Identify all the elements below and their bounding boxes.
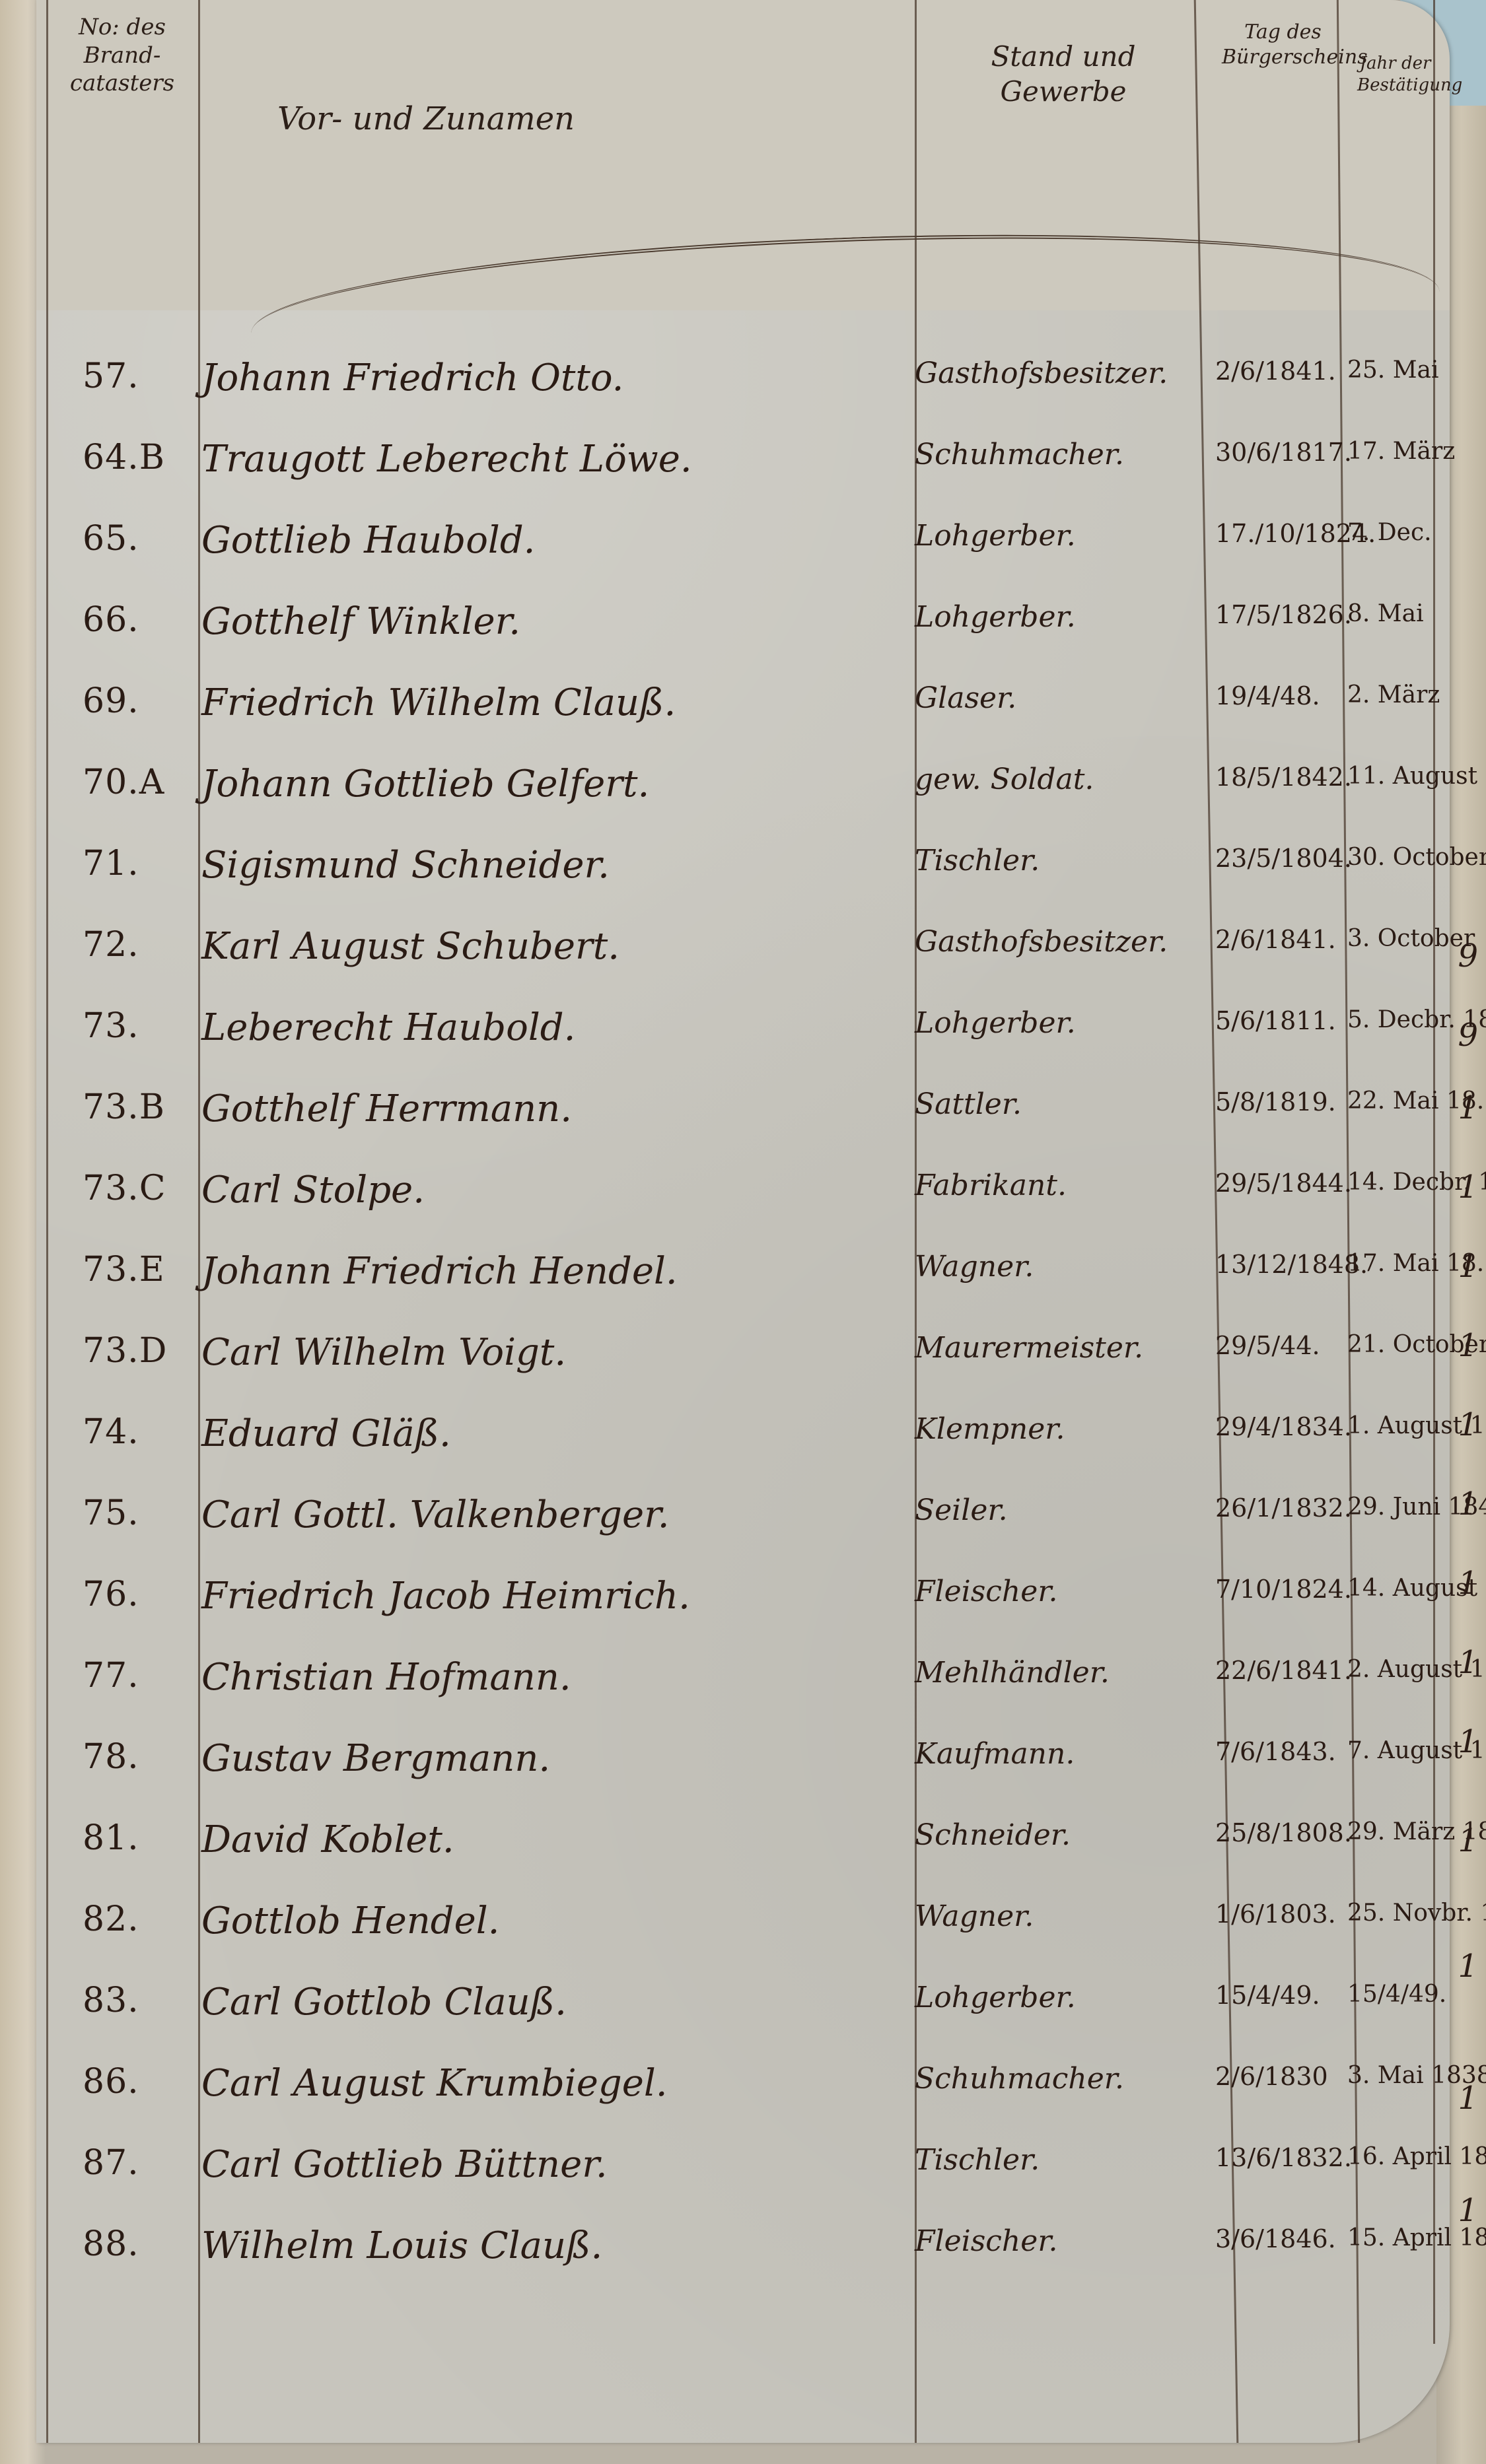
row-name: Carl Gottlieb Büttner. xyxy=(201,2143,608,2186)
row-name: Johann Friedrich Otto. xyxy=(201,357,623,399)
row-confirmation: 2. März xyxy=(1347,681,1440,708)
row-confirmation: 30. October xyxy=(1347,844,1486,871)
row-name: Carl August Krumbiegel. xyxy=(201,2062,668,2105)
row-number: 72. xyxy=(83,925,139,965)
row-name: Friedrich Wilhelm Clauß. xyxy=(201,681,676,724)
row-confirmation: 17. März xyxy=(1347,438,1455,465)
row-occupation: Gasthofsbesitzer. xyxy=(915,925,1168,959)
row-date: 13/12/1848. xyxy=(1215,1250,1368,1279)
row-date: 3/6/1846. xyxy=(1215,2224,1336,2253)
behind-page-mark: 9 xyxy=(1458,938,1478,975)
row-date: 29/4/1834. xyxy=(1215,1412,1352,1441)
row-occupation: Schuhmacher. xyxy=(915,438,1124,471)
table-row: 87. Carl Gottlieb Büttner. Tischler. 13/… xyxy=(0,2143,1486,2216)
row-date: 2/6/1830 xyxy=(1215,2062,1328,2091)
header-col-confirmation: Jahr der Bestätigung xyxy=(1357,53,1433,96)
row-occupation: Seiler. xyxy=(915,1493,1008,1527)
row-date: 23/5/1804. xyxy=(1215,844,1352,873)
row-occupation: Lohgerber. xyxy=(915,600,1076,634)
row-name: Gottlob Hendel. xyxy=(201,1899,499,1942)
behind-page-mark: 1 xyxy=(1458,1327,1478,1364)
table-row: 81. David Koblet. Schneider. 25/8/1808. … xyxy=(0,1818,1486,1891)
table-row: 83. Carl Gottlob Clauß. Lohgerber. 15/4/… xyxy=(0,1981,1486,2053)
row-name: Eduard Gläß. xyxy=(201,1412,451,1455)
table-row: 73. Leberecht Haubold. Lohgerber. 5/6/18… xyxy=(0,1006,1486,1079)
row-occupation: Gasthofsbesitzer. xyxy=(915,357,1168,390)
row-number: 81. xyxy=(83,1818,139,1858)
row-date: 25/8/1808. xyxy=(1215,1818,1352,1847)
row-name: Traugott Leberecht Löwe. xyxy=(201,438,692,481)
table-row: 69. Friedrich Wilhelm Clauß. Glaser. 19/… xyxy=(0,681,1486,754)
row-name: Gottlieb Haubold. xyxy=(201,519,535,562)
behind-page-mark: 1 xyxy=(1458,1486,1478,1523)
behind-page-mark: 9 xyxy=(1458,1017,1478,1054)
row-number: 83. xyxy=(83,1981,139,2020)
row-name: Wilhelm Louis Clauß. xyxy=(201,2224,602,2267)
row-name: Christian Hofmann. xyxy=(201,1656,571,1699)
table-row: 72. Karl August Schubert. Gasthofsbesitz… xyxy=(0,925,1486,998)
row-confirmation: 8. Mai xyxy=(1347,600,1424,627)
table-row: 73.E Johann Friedrich Hendel. Wagner. 13… xyxy=(0,1250,1486,1322)
table-row: 88. Wilhelm Louis Clauß. Fleischer. 3/6/… xyxy=(0,2224,1486,2297)
table-row: 73.D Carl Wilhelm Voigt. Maurermeister. … xyxy=(0,1331,1486,1404)
row-number: 69. xyxy=(83,681,139,721)
row-number: 70.A xyxy=(83,763,164,802)
table-row: 66. Gotthelf Winkler. Lohgerber. 17/5/18… xyxy=(0,600,1486,673)
row-number: 82. xyxy=(83,1899,139,1939)
row-name: David Koblet. xyxy=(201,1818,454,1861)
row-occupation: Fleischer. xyxy=(915,2224,1058,2258)
row-name: Carl Wilhelm Voigt. xyxy=(201,1331,566,1374)
row-date: 2/6/1841. xyxy=(1215,925,1336,954)
row-name: Sigismund Schneider. xyxy=(201,844,610,887)
row-date: 5/8/1819. xyxy=(1215,1087,1336,1116)
row-name: Leberecht Haubold. xyxy=(201,1006,575,1049)
row-occupation: Wagner. xyxy=(915,1899,1034,1933)
behind-page-mark: 1 xyxy=(1458,1644,1478,1681)
row-number: 65. xyxy=(83,519,139,559)
header-col-date: Tag des Bürgerscheins xyxy=(1222,20,1344,69)
row-occupation: Klempner. xyxy=(915,1412,1065,1446)
row-confirmation: 16. April 1832. xyxy=(1347,2143,1486,2170)
row-occupation: Mehlhändler. xyxy=(915,1656,1110,1690)
table-row: 65. Gottlieb Haubold. Lohgerber. 17./10/… xyxy=(0,519,1486,592)
behind-page-mark: 1 xyxy=(1458,1565,1478,1602)
row-occupation: Schneider. xyxy=(915,1818,1071,1852)
row-number: 77. xyxy=(83,1656,139,1695)
row-date: 30/6/1817. xyxy=(1215,438,1352,467)
row-confirmation: 3. October xyxy=(1347,925,1475,952)
row-name: Friedrich Jacob Heimrich. xyxy=(201,1575,690,1618)
row-date: 17/5/1826. xyxy=(1215,600,1352,629)
row-occupation: Schuhmacher. xyxy=(915,2062,1124,2096)
row-number: 57. xyxy=(83,357,139,396)
row-occupation: Lohgerber. xyxy=(915,519,1076,553)
row-confirmation: 7. Dec. xyxy=(1347,519,1432,546)
row-name: Carl Gottlob Clauß. xyxy=(201,1981,567,2024)
table-row: 86. Carl August Krumbiegel. Schuhmacher.… xyxy=(0,2062,1486,2135)
behind-page-mark: 1 xyxy=(1458,1169,1478,1206)
header-col-occupation: Stand und Gewerbe xyxy=(925,40,1202,109)
row-occupation: Fabrikant. xyxy=(915,1169,1067,1202)
table-row: 77. Christian Hofmann. Mehlhändler. 22/6… xyxy=(0,1656,1486,1728)
row-number: 73. xyxy=(83,1006,139,1046)
row-name: Gotthelf Winkler. xyxy=(201,600,520,643)
row-date: 2/6/1841. xyxy=(1215,357,1336,386)
table-row: 78. Gustav Bergmann. Kaufmann. 7/6/1843.… xyxy=(0,1737,1486,1810)
table-row: 75. Carl Gottl. Valkenberger. Seiler. 26… xyxy=(0,1493,1486,1566)
table-row: 71. Sigismund Schneider. Tischler. 23/5/… xyxy=(0,844,1486,916)
row-number: 78. xyxy=(83,1737,139,1777)
row-date: 18/5/1842. xyxy=(1215,763,1352,792)
row-occupation: Glaser. xyxy=(915,681,1016,715)
row-occupation: gew. Soldat. xyxy=(915,763,1094,796)
row-number: 73.B xyxy=(83,1087,165,1127)
table-row: 74. Eduard Gläß. Klempner. 29/4/1834. 1.… xyxy=(0,1412,1486,1485)
row-number: 74. xyxy=(83,1412,139,1452)
row-date: 22/6/1841. xyxy=(1215,1656,1352,1685)
row-date: 1/6/1803. xyxy=(1215,1899,1336,1929)
row-date: 15/4/49. xyxy=(1215,1981,1320,2010)
behind-page-mark: 1 xyxy=(1458,1822,1478,1859)
row-name: Johann Gottlieb Gelfert. xyxy=(201,763,649,805)
row-occupation: Lohgerber. xyxy=(915,1981,1076,2014)
header-col-name: Vor- und Zunamen xyxy=(277,99,740,139)
row-date: 19/4/48. xyxy=(1215,681,1320,710)
header-col-number: No: des Brand-catasters xyxy=(50,13,195,98)
row-occupation: Tischler. xyxy=(915,2143,1040,2177)
row-confirmation: 11. August xyxy=(1347,763,1477,790)
row-date: 5/6/1811. xyxy=(1215,1006,1336,1035)
behind-page-mark: 1 xyxy=(1458,1406,1478,1443)
row-date: 26/1/1832. xyxy=(1215,1493,1352,1523)
row-occupation: Wagner. xyxy=(915,1250,1034,1283)
behind-page-mark: 1 xyxy=(1458,1723,1478,1760)
row-occupation: Maurermeister. xyxy=(915,1331,1143,1365)
row-confirmation: 25. Novbr. 1801 xyxy=(1347,1899,1486,1927)
row-number: 88. xyxy=(83,2224,139,2264)
row-number: 75. xyxy=(83,1493,139,1533)
row-date: 13/6/1832. xyxy=(1215,2143,1352,2172)
row-date: 29/5/1844. xyxy=(1215,1169,1352,1198)
row-date: 7/10/1824. xyxy=(1215,1575,1352,1604)
row-name: Gustav Bergmann. xyxy=(201,1737,550,1780)
row-number: 64.B xyxy=(83,438,165,477)
row-number: 86. xyxy=(83,2062,139,2102)
table-row: 73.C Carl Stolpe. Fabrikant. 29/5/1844. … xyxy=(0,1169,1486,1241)
row-confirmation: 15/4/49. xyxy=(1347,1981,1446,2008)
table-row: 82. Gottlob Hendel. Wagner. 1/6/1803. 25… xyxy=(0,1899,1486,1972)
row-name: Karl August Schubert. xyxy=(201,925,619,968)
row-number: 73.C xyxy=(83,1169,166,1208)
row-name: Carl Gottl. Valkenberger. xyxy=(201,1493,670,1536)
row-number: 71. xyxy=(83,844,139,883)
row-number: 73.E xyxy=(83,1250,165,1289)
behind-page-mark: 1 xyxy=(1458,1089,1478,1126)
behind-page-mark: 1 xyxy=(1458,1248,1478,1285)
row-name: Johann Friedrich Hendel. xyxy=(201,1250,678,1293)
row-confirmation: 25. Mai xyxy=(1347,357,1439,384)
row-number: 76. xyxy=(83,1575,139,1614)
row-date: 29/5/44. xyxy=(1215,1331,1320,1360)
row-number: 66. xyxy=(83,600,139,640)
row-occupation: Kaufmann. xyxy=(915,1737,1075,1771)
table-row: 70.A Johann Gottlieb Gelfert. gew. Solda… xyxy=(0,763,1486,835)
behind-page-mark: 1 xyxy=(1458,2192,1478,2229)
row-occupation: Sattler. xyxy=(915,1087,1022,1121)
row-occupation: Tischler. xyxy=(915,844,1040,877)
row-date: 7/6/1843. xyxy=(1215,1737,1336,1766)
row-occupation: Lohgerber. xyxy=(915,1006,1076,1040)
row-number: 87. xyxy=(83,2143,139,2183)
row-occupation: Fleischer. xyxy=(915,1575,1058,1608)
row-name: Carl Stolpe. xyxy=(201,1169,425,1212)
behind-page-mark: 1 xyxy=(1458,1948,1478,1985)
behind-page-mark: 1 xyxy=(1458,2080,1478,2117)
table-row: 73.B Gotthelf Herrmann. Sattler. 5/8/181… xyxy=(0,1087,1486,1160)
table-row: 57. Johann Friedrich Otto. Gasthofsbesit… xyxy=(0,357,1486,429)
row-number: 73.D xyxy=(83,1331,167,1371)
table-row: 76. Friedrich Jacob Heimrich. Fleischer.… xyxy=(0,1575,1486,1647)
row-name: Gotthelf Herrmann. xyxy=(201,1087,572,1130)
table-row: 64.B Traugott Leberecht Löwe. Schuhmache… xyxy=(0,438,1486,510)
